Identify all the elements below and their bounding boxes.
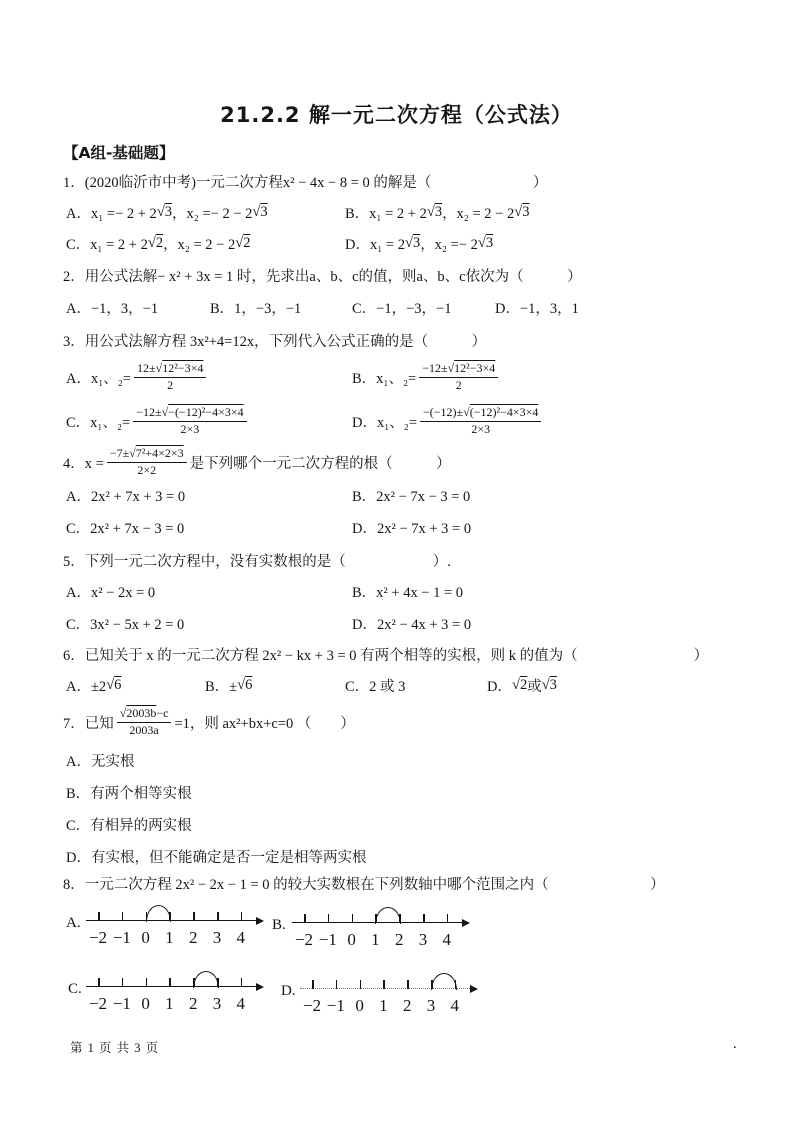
radical: √12²−3×4 <box>156 361 204 375</box>
q5-stem: 5．下列一元二次方程中，没有实数根的是（ ）. <box>63 550 451 571</box>
tick-label: −2 <box>299 996 325 1016</box>
q1-option-c: C．x₁ = 2 + 2√2，x₂ = 2 − 2√2 <box>66 233 250 254</box>
q7-stem: 7．已知√2003b−c2003a=1，则 ax²+bx+c=0 （ ） <box>63 703 355 741</box>
q8-axis-d-label: D. <box>281 983 296 1000</box>
radical: √2003b <box>120 706 157 720</box>
q7-option-a: A．无实根 <box>66 750 134 771</box>
range-arc <box>431 973 457 990</box>
fraction: −12±√12²−3×42 <box>419 361 498 393</box>
q3-option-b: B．x₁、₂=−12±√12²−3×42 <box>352 356 501 398</box>
tick-label: 3 <box>204 928 230 948</box>
q6-option-b: B．± √6 <box>205 675 252 696</box>
q4-option-b: B．2x² − 7x − 3 = 0 <box>352 485 470 506</box>
radical: √2 <box>148 235 163 252</box>
number-line-a: −2−101234 <box>86 896 286 958</box>
radical: √3 <box>427 204 442 221</box>
tick-label: 3 <box>418 996 444 1016</box>
tick-mark <box>447 914 449 923</box>
q8-axis-a-label: A. <box>66 915 81 932</box>
tick-mark <box>122 912 124 921</box>
tick-mark <box>146 978 148 987</box>
radical: √3 <box>157 204 172 221</box>
tick-label: 2 <box>394 996 420 1016</box>
fraction: 12±√12²−3×42 <box>134 361 206 393</box>
q7-option-b: B．有两个相等实根 <box>66 782 192 803</box>
tick-label: 2 <box>180 928 206 948</box>
q8-stem: 8．一元二次方程 2x² − 2x − 1 = 0 的较大实数根在下列数轴中哪个… <box>63 873 665 894</box>
fraction: √2003b−c2003a <box>117 706 172 738</box>
radical: √6 <box>106 677 121 694</box>
tick-mark <box>241 978 243 987</box>
tick-label: 2 <box>386 930 412 950</box>
tick-label: 1 <box>156 994 182 1014</box>
tick-mark <box>423 914 425 923</box>
q4-option-d: D．2x² − 7x + 3 = 0 <box>352 517 471 538</box>
page-title: 21.2.2 解一元二次方程（公式法） <box>0 99 793 129</box>
q3-stem: 3．用公式法解方程 3x²+4=12x，下列代入公式正确的是（ ） <box>63 330 486 351</box>
q1-option-d: D．x₁ = 2√3，x₂ =− 2√3 <box>345 233 493 254</box>
tick-label: 2 <box>180 994 206 1014</box>
q5-option-d: D．2x² − 4x + 3 = 0 <box>352 613 471 634</box>
radical: √3 <box>514 204 529 221</box>
tick-mark <box>193 912 195 921</box>
radical: √3 <box>542 677 557 694</box>
tick-label: 4 <box>228 994 254 1014</box>
range-arc <box>375 907 401 924</box>
axis-arrow-icon <box>256 983 264 991</box>
radical: √2 <box>235 235 250 252</box>
q2-option-d: D．−1，3，1 <box>495 297 579 318</box>
tick-label: 1 <box>156 928 182 948</box>
tick-label: −1 <box>109 928 135 948</box>
q2-option-a: A．−1，3，−1 <box>66 297 158 318</box>
fraction: −(−12)±√(−12)²−4×3×42×3 <box>420 405 541 437</box>
tick-label: 3 <box>204 994 230 1014</box>
q2-option-c: C．−1，−3，−1 <box>352 297 451 318</box>
tick-mark <box>360 980 362 989</box>
q7-option-c: C．有相异的两实根 <box>66 814 192 835</box>
radical: √3 <box>405 235 420 252</box>
q5-option-b: B．x² + 4x − 1 = 0 <box>352 581 463 602</box>
q8-axis-c-label: C. <box>68 981 82 998</box>
tick-mark <box>217 912 219 921</box>
q3-option-a: A．x₁、₂=12±√12²−3×42 <box>66 356 209 398</box>
radical: √(−12)²−4×3×4 <box>463 405 538 419</box>
tick-label: 4 <box>434 930 460 950</box>
q6-stem: 6．已知关于 x 的一元二次方程 2x² − kx + 3 = 0 有两个相等的… <box>63 644 708 665</box>
tick-label: −1 <box>323 996 349 1016</box>
tick-mark <box>328 914 330 923</box>
tick-mark <box>98 912 100 921</box>
tick-mark <box>407 980 409 989</box>
tick-label: 3 <box>410 930 436 950</box>
q2-stem: 2．用公式法解− x² + 3x = 1 时，先求出a、b、c的值，则a、b、c… <box>63 265 582 286</box>
tick-label: 4 <box>442 996 468 1016</box>
q1-option-a: A．x₁ =− 2 + 2√3，x₂ =− 2 − 2√3 <box>66 202 268 223</box>
q1-option-b: B．x₁ = 2 + 2√3，x₂ = 2 − 2√3 <box>345 202 529 223</box>
tick-label: 0 <box>133 994 159 1014</box>
radical: √3 <box>252 204 267 221</box>
q4-stem: 4．x =−7±√7²+4×2×32×2是下列哪个一元二次方程的根（ ） <box>63 443 451 481</box>
footer-dot: . <box>733 1036 737 1053</box>
tick-mark <box>98 978 100 987</box>
axis-arrow-icon <box>462 919 470 927</box>
tick-label: 1 <box>370 996 396 1016</box>
q3-option-c: C．x₁、₂=−12±√−(−12)²−4×3×42×3 <box>66 400 250 442</box>
range-arc <box>146 905 172 922</box>
fraction: −12±√−(−12)²−4×3×42×3 <box>133 405 246 437</box>
radical: √12²−3×4 <box>448 361 496 375</box>
axis-arrow-icon <box>256 917 264 925</box>
q8-axis-b-label: B. <box>272 917 286 934</box>
tick-label: 1 <box>362 930 388 950</box>
tick-mark <box>304 914 306 923</box>
q1-stem: 1．(2020临沂市中考)一元二次方程x² − 4x − 8 = 0 的解是（ … <box>63 171 547 192</box>
tick-mark <box>122 978 124 987</box>
tick-label: −2 <box>291 930 317 950</box>
q4-option-a: A．2x² + 7x + 3 = 0 <box>66 485 185 506</box>
q5-option-a: A．x² − 2x = 0 <box>66 581 155 602</box>
fraction: −7±√7²+4×2×32×2 <box>107 446 187 478</box>
tick-mark <box>336 980 338 989</box>
tick-mark <box>169 978 171 987</box>
radical: √3 <box>478 235 493 252</box>
radical: √7²+4×2×3 <box>129 446 184 460</box>
q7-option-d: D．有实根，但不能确定是否一定是相等两实根 <box>66 846 366 867</box>
tick-label: −1 <box>109 994 135 1014</box>
tick-label: 4 <box>228 928 254 948</box>
tick-mark <box>312 980 314 989</box>
tick-mark <box>241 912 243 921</box>
tick-label: −2 <box>85 994 111 1014</box>
axis-line <box>86 920 258 921</box>
tick-mark <box>352 914 354 923</box>
axis-arrow-icon <box>470 985 478 993</box>
q5-option-c: C．3x² − 5x + 2 = 0 <box>66 613 184 634</box>
radical: √−(−12)²−4×3×4 <box>162 405 244 419</box>
tick-label: 0 <box>133 928 159 948</box>
section-header: 【A组-基础题】 <box>63 141 174 163</box>
number-line-c: −2−101234 <box>86 962 286 1024</box>
radical: √2 <box>512 677 527 694</box>
range-arc <box>193 971 219 988</box>
q2-option-b: B．1，−3，−1 <box>210 297 301 318</box>
tick-label: −1 <box>315 930 341 950</box>
q4-option-c: C．2x² + 7x − 3 = 0 <box>66 517 184 538</box>
worksheet-page: 21.2.2 解一元二次方程（公式法） 【A组-基础题】 1．(2020临沂市中… <box>0 0 793 1122</box>
axis-line <box>86 986 258 987</box>
tick-label: 0 <box>347 996 373 1016</box>
q6-option-d: D．√2或√3 <box>487 675 557 696</box>
q6-option-c: C．2 或 3 <box>345 675 405 696</box>
number-line-d: −2−101234 <box>300 964 500 1026</box>
number-line-b: −2−101234 <box>292 898 492 960</box>
footer-page-number: 第 1 页 共 3 页 <box>70 1038 159 1056</box>
q6-option-a: A．±2√6 <box>66 675 121 696</box>
tick-mark <box>383 980 385 989</box>
tick-label: 0 <box>339 930 365 950</box>
radical: √6 <box>237 677 252 694</box>
q3-option-d: D．x₁、₂=−(−12)±√(−12)²−4×3×42×3 <box>352 400 544 442</box>
tick-label: −2 <box>85 928 111 948</box>
